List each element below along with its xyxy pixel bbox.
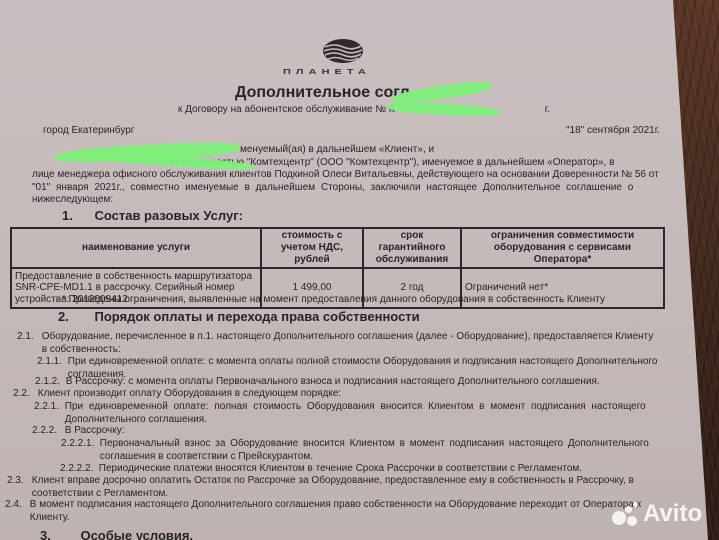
clause-number: 2.2.1. — [34, 401, 62, 414]
preamble-line: нижеследующем: — [32, 194, 665, 207]
section-title: Порядок оплаты и перехода права собствен… — [94, 309, 419, 324]
clause-text: Периодические платежи вносятся Клиентом … — [99, 463, 582, 474]
clause-number: 2.3. — [7, 475, 29, 488]
clause-text: При единовременной оплате: полная стоимо… — [65, 401, 646, 412]
clause-text: Оборудование, перечисленное в п.1. насто… — [42, 331, 653, 342]
clause-text: В Рассрочку: с момента оплаты Первоначал… — [66, 376, 600, 387]
column-header-service: наименование услуги — [11, 228, 261, 268]
clause-text: Клиент вправе досрочно оплатить Остаток … — [32, 475, 634, 486]
clause-2-2: 2.2. Клиент производит оплату Оборудован… — [13, 388, 341, 401]
clause-text: в собственность: — [42, 344, 121, 355]
clause-number: 2.1.1. — [37, 356, 65, 369]
clause-text: Клиенту. — [30, 512, 70, 523]
clause-text: В Рассрочку: — [65, 425, 125, 436]
clause-2-1: 2.1. Оборудование, перечисленное в п.1. … — [17, 331, 653, 356]
clause-number: 2.4. — [5, 499, 27, 512]
preamble-line: "01" января 2021г., совместно именуемые … — [32, 182, 665, 195]
clause-text: Клиент производит оплату Оборудования в … — [38, 388, 341, 399]
clause-text: соответствии с Регламентом. — [32, 488, 168, 499]
contract-reference-suffix: г. — [545, 104, 550, 115]
clause-number: 2.2.2. — [32, 425, 62, 438]
column-header-restrictions: ограничения совместимости оборудования с… — [461, 228, 664, 268]
city: город Екатеринбург — [43, 125, 134, 136]
clause-2-3: 2.3. Клиент вправе досрочно оплатить Ост… — [7, 475, 634, 500]
section-number: 3. — [40, 528, 51, 540]
avito-logo-icon — [612, 502, 640, 526]
column-header-price: стоимость с учетом НДС, рублей — [261, 228, 363, 268]
clause-2-4: 2.4. В момент подписания настоящего Допо… — [5, 499, 641, 524]
section-1-heading: 1. Состав разовых Услуг: — [62, 208, 243, 223]
clause-number: 2.2.2.2. — [60, 463, 96, 476]
column-header-warranty: срок гарантийного обслуживания — [363, 228, 461, 268]
clause-2-2-2-1: 2.2.2.1. Первоначальный взнос за Оборудо… — [61, 438, 649, 463]
section-title: Состав разовых Услуг: — [94, 208, 243, 223]
clause-2-2-2: 2.2.2. В Рассрочку: — [32, 425, 125, 438]
clause-2-2-2-2: 2.2.2.2. Периодические платежи вносятся … — [60, 463, 582, 476]
section-title: Особые условия. — [80, 528, 193, 540]
table-footnote: * Приведены ограничения, выявленные на м… — [62, 294, 605, 305]
clause-number: 2.1.2. — [35, 376, 63, 389]
document-date: "18" сентября 2021г. — [566, 125, 660, 136]
logo-wordmark: ПЛАНЕТА — [283, 68, 371, 76]
avito-watermark: Avito — [612, 500, 702, 528]
document-page: ПЛАНЕТА Дополнительное согл к Договору н… — [0, 0, 719, 540]
contract-reference-text: к Договору на абонентское обслуживание №… — [178, 104, 395, 115]
clause-text: Дополнительного соглашения. — [65, 414, 207, 425]
clause-number: 2.1. — [17, 331, 39, 344]
clause-text: При единовременной оплате: с момента опл… — [68, 356, 658, 367]
preamble-line: лице менеджера офисного обслуживания кли… — [32, 169, 665, 182]
planeta-logo-icon — [322, 38, 364, 64]
clause-text: Первоначальный взнос за Оборудование вно… — [100, 438, 649, 449]
clause-2-1-2: 2.1.2. В Рассрочку: с момента оплаты Пер… — [35, 376, 600, 389]
section-number: 1. — [62, 208, 73, 223]
clause-text: В момент подписания настоящего Дополните… — [30, 499, 641, 510]
clause-number: 2.2.2.1. — [61, 438, 97, 451]
clause-2-2-1: 2.2.1. При единовременной оплате: полная… — [34, 401, 646, 426]
section-2-heading: 2. Порядок оплаты и перехода права собст… — [58, 309, 420, 324]
table-header-row: наименование услуги стоимость с учетом Н… — [11, 228, 664, 268]
clause-number: 2.2. — [13, 388, 35, 401]
clause-text: соглашения в соответствии с Прейскуранто… — [100, 451, 313, 462]
section-3-heading: 3. Особые условия. — [40, 528, 193, 540]
section-number: 2. — [58, 309, 69, 324]
avito-watermark-text: Avito — [643, 500, 702, 528]
document-title: Дополнительное согл — [235, 84, 410, 102]
